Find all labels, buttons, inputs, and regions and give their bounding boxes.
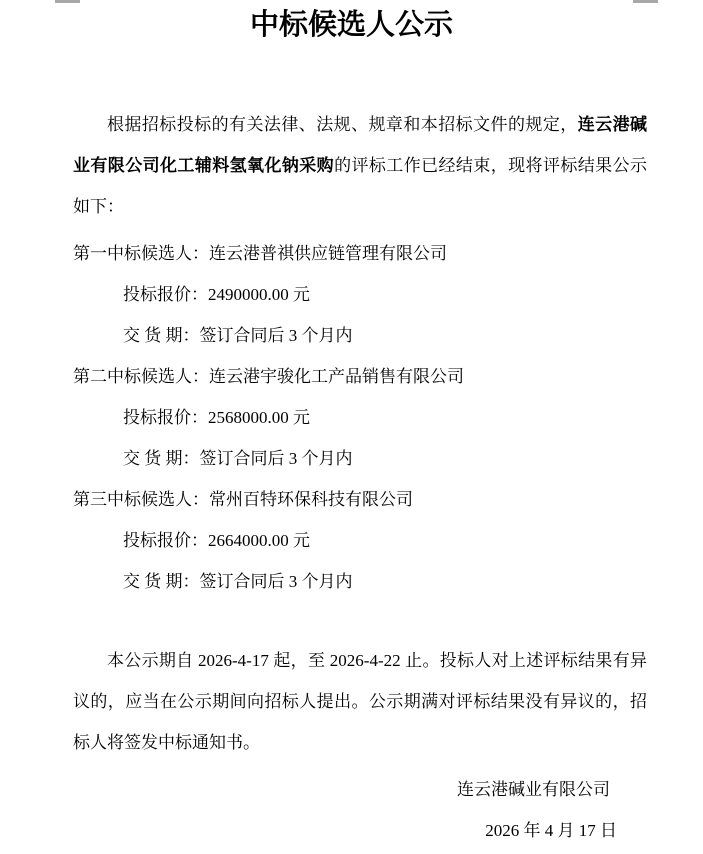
candidate-delivery-line: 交 货 期：签订合同后 3 个月内 — [73, 315, 647, 356]
page-title: 中标候选人公示 — [0, 0, 703, 44]
delivery-value: 签订合同后 3 个月内 — [200, 449, 353, 468]
price-label: 投标报价： — [123, 408, 208, 427]
candidate-company: 连云港普祺供应链管理有限公司 — [209, 244, 447, 263]
price-value: 2490000.00 元 — [208, 285, 310, 304]
delivery-value: 签订合同后 3 个月内 — [200, 572, 353, 591]
candidate-rank-line: 第二中标候选人：连云港宇骏化工产品销售有限公司 — [73, 356, 647, 397]
signature-company: 连云港碱业有限公司 — [73, 769, 647, 810]
closing-paragraph: 本公示期自 2026-4-17 起，至 2026-4-22 止。投标人对上述评标… — [73, 640, 647, 763]
candidate-rank-line: 第三中标候选人：常州百特环保科技有限公司 — [73, 479, 647, 520]
candidate-company: 连云港宇骏化工产品销售有限公司 — [209, 367, 464, 386]
delivery-label: 交 货 期： — [123, 572, 200, 591]
candidate-block-second: 第二中标候选人：连云港宇骏化工产品销售有限公司 投标报价：2568000.00 … — [73, 356, 647, 479]
delivery-value: 签订合同后 3 个月内 — [200, 326, 353, 345]
candidate-price-line: 投标报价：2568000.00 元 — [73, 397, 647, 438]
document-body: 根据招标投标的有关法律、法规、规章和本招标文件的规定，连云港碱业有限公司化工辅料… — [0, 104, 703, 851]
candidate-price-line: 投标报价：2664000.00 元 — [73, 520, 647, 561]
page-corner-mark-right — [633, 0, 658, 3]
document-page: 中标候选人公示 根据招标投标的有关法律、法规、规章和本招标文件的规定，连云港碱业… — [0, 0, 703, 854]
candidate-price-line: 投标报价：2490000.00 元 — [73, 274, 647, 315]
candidate-delivery-line: 交 货 期：签订合同后 3 个月内 — [73, 438, 647, 479]
rank-label: 第一中标候选人： — [73, 244, 209, 263]
candidate-delivery-line: 交 货 期：签订合同后 3 个月内 — [73, 561, 647, 602]
intro-paragraph: 根据招标投标的有关法律、法规、规章和本招标文件的规定，连云港碱业有限公司化工辅料… — [73, 104, 647, 227]
candidate-company: 常州百特环保科技有限公司 — [209, 490, 413, 509]
price-label: 投标报价： — [123, 531, 208, 550]
intro-lead: 根据招标投标的有关法律、法规、规章和本招标文件的规定， — [107, 115, 578, 134]
signature-date: 2026 年 4 月 17 日 — [73, 810, 647, 851]
page-corner-mark-left — [55, 0, 80, 3]
rank-label: 第二中标候选人： — [73, 367, 209, 386]
delivery-label: 交 货 期： — [123, 449, 200, 468]
delivery-label: 交 货 期： — [123, 326, 200, 345]
candidates-list: 第一中标候选人：连云港普祺供应链管理有限公司 投标报价：2490000.00 元… — [73, 233, 647, 602]
candidate-block-third: 第三中标候选人：常州百特环保科技有限公司 投标报价：2664000.00 元 交… — [73, 479, 647, 602]
candidate-rank-line: 第一中标候选人：连云港普祺供应链管理有限公司 — [73, 233, 647, 274]
price-label: 投标报价： — [123, 285, 208, 304]
price-value: 2664000.00 元 — [208, 531, 310, 550]
price-value: 2568000.00 元 — [208, 408, 310, 427]
rank-label: 第三中标候选人： — [73, 490, 209, 509]
candidate-block-first: 第一中标候选人：连云港普祺供应链管理有限公司 投标报价：2490000.00 元… — [73, 233, 647, 356]
